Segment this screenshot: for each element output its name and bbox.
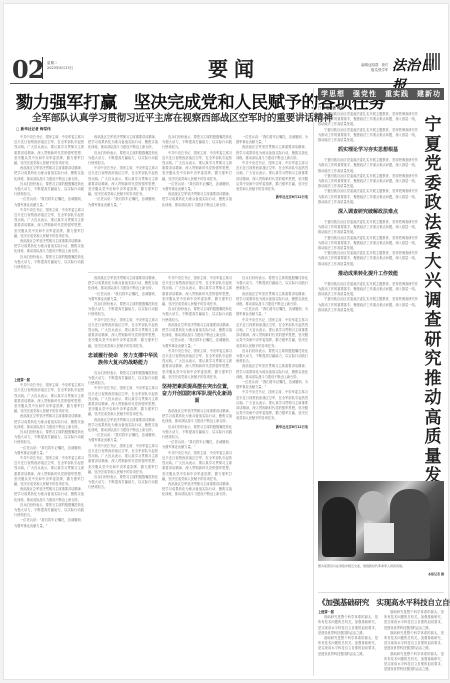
paragraph: 西部战区空军坚决贯彻习主席重要讲话精神，把学习成果转化为练兵备战实际行动，聚焦实…: [14, 166, 84, 182]
article-column: 西部战区空军坚决贯彻习主席重要讲话精神，把学习成果转化为练兵备战实际行动，聚焦实…: [88, 135, 158, 270]
masthead: 02 星期二 2023年6月13日 要闻 编辑/孟绍群 校对 版式/张学军 法治…: [10, 51, 440, 84]
paragraph: 中共中央总书记、国家主席、中央军委主席习近平近日视察西部战区空军，在全军部队引起…: [162, 151, 232, 182]
sign-off: 新华社北京6月12日电: [236, 425, 308, 430]
paragraph: 西部战区空军坚决贯彻习主席重要讲话精神，把学习成果转化为练兵备战实际行动，聚焦实…: [162, 192, 232, 208]
paragraph: 中共中央总书记、国家主席、中央军委主席习近平近日视察西部战区空军，在全军部队引起…: [88, 166, 158, 197]
paragraph: 基础研究是整个科学体系的源头，是所有技术问题的总机关。加强基础研究，是实现高水平…: [318, 636, 378, 657]
issue-date: 星期二 2023年6月13日: [47, 61, 73, 71]
paragraph: 一位老兵说：“我们将牢记嘱托，忠诚履职，为强军事业贡献力量。”: [88, 292, 158, 302]
sign-off: 新华社北京6月12日电: [236, 195, 308, 200]
caption-text: 图为某部官兵在训练中相互交流，展现新时代革命军人昂扬风貌。: [318, 564, 405, 568]
paragraph: 官兵们纷纷表示，要把习主席的殷殷嘱托转化为强大动力，不断提高打赢能力，以实际行动…: [162, 307, 232, 323]
paragraph: 官兵们纷纷表示，要把习主席的殷殷嘱托转化为强大动力，不断提高打赢能力，以实际行动…: [14, 503, 84, 519]
paragraph: 一位老兵说：“我们将牢记嘱托，忠诚履职，为强军事业贡献力量。”: [162, 440, 232, 450]
divider: [318, 592, 444, 593]
paragraph: 中共中央总书记、国家主席、中央军委主席习近平近日视察西部战区空军，在全军部队引起…: [162, 276, 232, 307]
paragraph: 官兵们纷纷表示，要把习主席的殷殷嘱托转化为强大动力，不断提高打赢能力，以实际行动…: [236, 349, 308, 365]
crosshead: 推动成果转化提升工作效能: [318, 271, 418, 278]
paragraph: 宁夏回族自治区党委政法委扎实开展主题教育，坚持把调查研究作为推动工作的重要抓手，…: [318, 158, 418, 174]
right-headline[interactable]: 宁夏党委政法委大兴调查研究推动高质量发展: [422, 116, 444, 506]
paragraph: 官兵们纷纷表示，要把习主席的殷殷嘱托转化为强大动力，不断提高打赢能力，以实际行动…: [14, 255, 84, 271]
article-column: 上接第一版 基础研究是整个科学体系的源头，是所有技术问题的总机关。加强基础研究，…: [318, 610, 378, 676]
bottom-article-title[interactable]: 《加强基础研究 实现高水平科技自立自强》: [318, 597, 444, 608]
lead-byline: □ 新华社记者 梅常伟: [16, 127, 51, 132]
paragraph: 西部战区空军坚决贯彻习主席重要讲话精神，把学习成果转化为练兵备战实际行动，聚焦实…: [162, 409, 232, 425]
article-column: 宁夏回族自治区党委政法委扎实开展主题教育，坚持把调查研究作为推动工作的重要抓手，…: [318, 112, 418, 474]
paragraph: 宁夏回族自治区党委政法委扎实开展主题教育，坚持把调查研究作为推动工作的重要抓手，…: [318, 220, 418, 236]
paragraph: 中共中央总书记、国家主席、中央军委主席习近平近日视察西部战区空军，在全军部队引起…: [14, 208, 84, 239]
paragraph: 西部战区空军坚决贯彻习主席重要讲话精神，把学习成果转化为练兵备战实际行动，聚焦实…: [162, 482, 232, 498]
paragraph: 官兵们纷纷表示，要把习主席的殷殷嘱托转化为强大动力，不断提高打赢能力，以实际行动…: [162, 135, 232, 151]
paragraph: 一位老兵说：“我们将牢记嘱托，忠诚履职，为强军事业贡献力量。”: [14, 518, 84, 528]
right-byline: □ 本报记者 韩丹: [318, 105, 344, 110]
crosshead: 忠诚履行使命 努力支撑中华民族伟大复兴的战略能力: [88, 353, 158, 367]
paragraph: 西部战区空军坚决贯彻习主席重要讲话精神，把学习成果转化为练兵备战实际行动，聚焦实…: [236, 292, 308, 308]
paragraph: 宁夏回族自治区党委政法委扎实开展主题教育，坚持把调查研究作为推动工作的重要抓手，…: [318, 112, 418, 128]
photo-figure: [358, 491, 388, 521]
paragraph: 一位老兵说：“我们将牢记嘱托，忠诚履职，为强军事业贡献力量。”: [162, 182, 232, 192]
page-number: 02: [12, 55, 43, 84]
paragraph: 中共中央总书记、国家主席、中央军委主席习近平近日视察西部战区空军，在全军部队引起…: [236, 390, 308, 421]
section-title: 要闻: [208, 53, 260, 82]
paragraph: 宁夏回族自治区党委政法委扎实开展主题教育，坚持把调查研究作为推动工作的重要抓手，…: [318, 251, 418, 267]
news-photo[interactable]: [318, 481, 444, 561]
photo-credit: 本报记者 摄: [318, 572, 444, 577]
paragraph: 中共中央总书记、国家主席、中央军委主席习近平近日视察西部战区空军，在全军部队引起…: [14, 456, 84, 487]
paragraph: 一位老兵说：“我们将牢记嘱托，忠诚履职，为强军事业贡献力量。”: [88, 197, 158, 207]
crosshead: 深入调查研究破解政法难点: [318, 209, 418, 216]
newspaper-page: 02 星期二 2023年6月13日 要闻 编辑/孟绍群 校对 版式/张学军 法治…: [3, 3, 449, 680]
paragraph: 宁夏回族自治区党委政法委扎实开展主题教育，坚持把调查研究作为推动工作的重要抓手，…: [318, 282, 418, 298]
paragraph: 宁夏回族自治区党委政法委扎实开展主题教育，坚持把调查研究作为推动工作的重要抓手，…: [318, 297, 418, 313]
paragraph: 基础研究是整个科学体系的源头，是所有技术问题的总机关。加强基础研究，是实现高水平…: [384, 631, 444, 652]
paragraph: 西部战区空军坚决贯彻习主席重要讲话精神，把学习成果转化为练兵备战实际行动，聚焦实…: [88, 135, 158, 151]
paragraph: 官兵们纷纷表示，要把习主席的殷殷嘱托转化为强大动力，不断提高打赢能力，以实际行动…: [88, 302, 158, 318]
paragraph: 官兵们纷纷表示，要把习主席的殷殷嘱托转化为强大动力，不断提高打赢能力，以实际行动…: [88, 151, 158, 167]
paragraph: 中共中央总书记、国家主席、中央军委主席习近平近日视察西部战区空军，在全军部队引起…: [88, 318, 158, 349]
crosshead: 抓实理论学习夯实思想根基: [318, 147, 418, 154]
paragraph: 中共中央总书记、国家主席、中央军委主席习近平近日视察西部战区空军，在全军部队引起…: [162, 451, 232, 482]
editor-credits: 编辑/孟绍群 校对 版式/张学军: [348, 63, 388, 72]
paragraph: 中共中央总书记、国家主席、中央军委主席习近平近日视察西部战区空军，在全军部队引起…: [88, 444, 158, 475]
article-column: 西部战区空军坚决贯彻习主席重要讲话精神，把学习成果转化为练兵备战实际行动，聚焦实…: [88, 276, 158, 676]
paragraph: 中共中央总书记、国家主席、中央军委主席习近平近日视察西部战区空军，在全军部队引起…: [236, 318, 308, 349]
article-column: 上接第一版 中共中央总书记、国家主席、中央军委主席习近平近日视察西部战区空军，在…: [14, 378, 84, 676]
paragraph: 官兵们纷纷表示，要把习主席的殷殷嘱托转化为强大动力，不断提高打赢能力，以实际行动…: [236, 276, 308, 292]
editor-line: 版式/张学军: [348, 68, 388, 73]
paragraph: 西部战区空军坚决贯彻习主席重要讲话精神，把学习成果转化为练兵备战实际行动，聚焦实…: [14, 414, 84, 430]
paragraph: 宁夏回族自治区党委政法委扎实开展主题教育，坚持把调查研究作为推动工作的重要抓手，…: [318, 189, 418, 205]
paragraph: 基础研究是整个科学体系的源头，是所有技术问题的总机关。加强基础研究，是实现高水平…: [318, 615, 378, 636]
paragraph: 官兵们纷纷表示，要把习主席的殷殷嘱托转化为强大动力，不断提高打赢能力，以实际行动…: [162, 425, 232, 441]
article-column: 基础研究是整个科学体系的源头，是所有技术问题的总机关。加强基础研究，是实现高水平…: [384, 610, 444, 676]
paragraph: 西部战区空军坚决贯彻习主席重要讲话精神，把学习成果转化为练兵备战实际行动，聚焦实…: [236, 145, 308, 161]
paragraph: 西部战区空军坚决贯彻习主席重要讲话精神，把学习成果转化为练兵备战实际行动，聚焦实…: [162, 323, 232, 339]
photo-figure: [390, 489, 430, 559]
crosshead: 坚持把素质提高摆在突出位置，奋力开创国防和军队现代化新局面: [162, 384, 232, 405]
paragraph: 官兵们纷纷表示，要把习主席的殷殷嘱托转化为强大动力，不断提高打赢能力，以实际行动…: [88, 475, 158, 491]
paragraph: 西部战区空军坚决贯彻习主席重要讲话精神，把学习成果转化为练兵备战实际行动，聚焦实…: [14, 487, 84, 503]
paragraph: 中共中央总书记、国家主席、中央军委主席习近平近日视察西部战区空军，在全军部队引起…: [236, 161, 308, 192]
paragraph: 一位老兵说：“我们将牢记嘱托，忠诚履职，为强军事业贡献力量。”: [14, 197, 84, 207]
divider: [313, 88, 314, 676]
paragraph: 中共中央总书记、国家主席、中央军委主席习近平近日视察西部战区空军，在全军部队引起…: [14, 135, 84, 166]
date: 2023年6月13日: [47, 66, 73, 71]
paragraph: 一位老兵说：“我们将牢记嘱托，忠诚履职，为强军事业贡献力量。”: [162, 338, 232, 348]
article-column: 官兵们纷纷表示，要把习主席的殷殷嘱托转化为强大动力，不断提高打赢能力，以实际行动…: [162, 135, 232, 270]
paragraph: 宁夏回族自治区党委政法委扎实开展主题教育，坚持把调查研究作为推动工作的重要抓手，…: [318, 174, 418, 190]
photo-caption: 图为某部官兵在训练中相互交流，展现新时代革命军人昂扬风貌。 本报记者 摄: [318, 564, 444, 577]
paragraph: 官兵们纷纷表示，要把习主席的殷殷嘱托转化为强大动力，不断提高打赢能力，以实际行动…: [14, 430, 84, 446]
paragraph: 一位老兵说：“我们将牢记嘱托，忠诚履职，为强军事业贡献力量。”: [236, 135, 308, 145]
divider: [42, 57, 43, 79]
paragraph: 宁夏回族自治区党委政法委扎实开展主题教育，坚持把调查研究作为推动工作的重要抓手，…: [318, 128, 418, 144]
paragraph: 一位老兵说：“我们将牢记嘱托，忠诚履职，为强军事业贡献力量。”: [236, 307, 308, 317]
paragraph: 一位老兵说：“我们将牢记嘱托，忠诚履职，为强军事业贡献力量。”: [236, 380, 308, 390]
article-column: 一位老兵说：“我们将牢记嘱托，忠诚履职，为强军事业贡献力量。” 西部战区空军坚决…: [236, 135, 308, 270]
paragraph: 中共中央总书记、国家主席、中央军委主席习近平近日视察西部战区空军，在全军部队引起…: [162, 349, 232, 380]
paragraph: 一位老兵说：“我们将牢记嘱托，忠诚履职，为强军事业贡献力量。”: [14, 446, 84, 456]
divider: [88, 272, 310, 273]
paragraph: 西部战区空军坚决贯彻习主席重要讲话精神，把学习成果转化为练兵备战实际行动，聚焦实…: [14, 239, 84, 255]
paragraph: 基础研究是整个科学体系的源头，是所有技术问题的总机关。加强基础研究，是实现高水平…: [384, 652, 444, 673]
paragraph: 宁夏回族自治区党委政法委扎实开展主题教育，坚持把调查研究作为推动工作的重要抓手，…: [318, 236, 418, 252]
paragraph: 官兵们纷纷表示，要把习主席的殷殷嘱托转化为强大动力，不断提高打赢能力，以实际行动…: [88, 371, 158, 387]
article-column: 中共中央总书记、国家主席、中央军委主席习近平近日视察西部战区空军，在全军部队引起…: [162, 276, 232, 676]
lead-subheadline: 全军部队认真学习贯彻习近平主席在视察西部战区空军时的重要讲话精神: [32, 110, 333, 124]
paragraph: 基础研究是整个科学体系的源头，是所有技术问题的总机关。加强基础研究，是实现高水平…: [384, 610, 444, 631]
paragraph: 中共中央总书记、国家主席、中央军委主席习近平近日视察西部战区空军，在全军部队引起…: [14, 383, 84, 414]
paragraph: 西部战区空军坚决贯彻习主席重要讲话精神，把学习成果转化为练兵备战实际行动，聚焦实…: [88, 418, 158, 434]
article-column: 中共中央总书记、国家主席、中央军委主席习近平近日视察西部战区空军，在全军部队引起…: [14, 135, 84, 375]
campaign-banner: 学思想 强党性 重实践 建新功: [318, 88, 444, 100]
paragraph: 一位老兵说：“我们将牢记嘱托，忠诚履职，为强军事业贡献力量。”: [88, 433, 158, 443]
qr-code-icon[interactable]: [426, 53, 441, 70]
article-column: 官兵们纷纷表示，要把习主席的殷殷嘱托转化为强大动力，不断提高打赢能力，以实际行动…: [236, 276, 308, 676]
paragraph: 官兵们纷纷表示，要把习主席的殷殷嘱托转化为强大动力，不断提高打赢能力，以实际行动…: [14, 182, 84, 198]
paragraph: 西部战区空军坚决贯彻习主席重要讲话精神，把学习成果转化为练兵备战实际行动，聚焦实…: [88, 276, 158, 292]
photo-figure: [364, 523, 394, 553]
paragraph: 西部战区空军坚决贯彻习主席重要讲话精神，把学习成果转化为练兵备战实际行动，聚焦实…: [236, 364, 308, 380]
photo-figure: [322, 497, 356, 557]
paragraph: 中共中央总书记、国家主席、中央军委主席习近平近日视察西部战区空军，在全军部队引起…: [88, 386, 158, 417]
